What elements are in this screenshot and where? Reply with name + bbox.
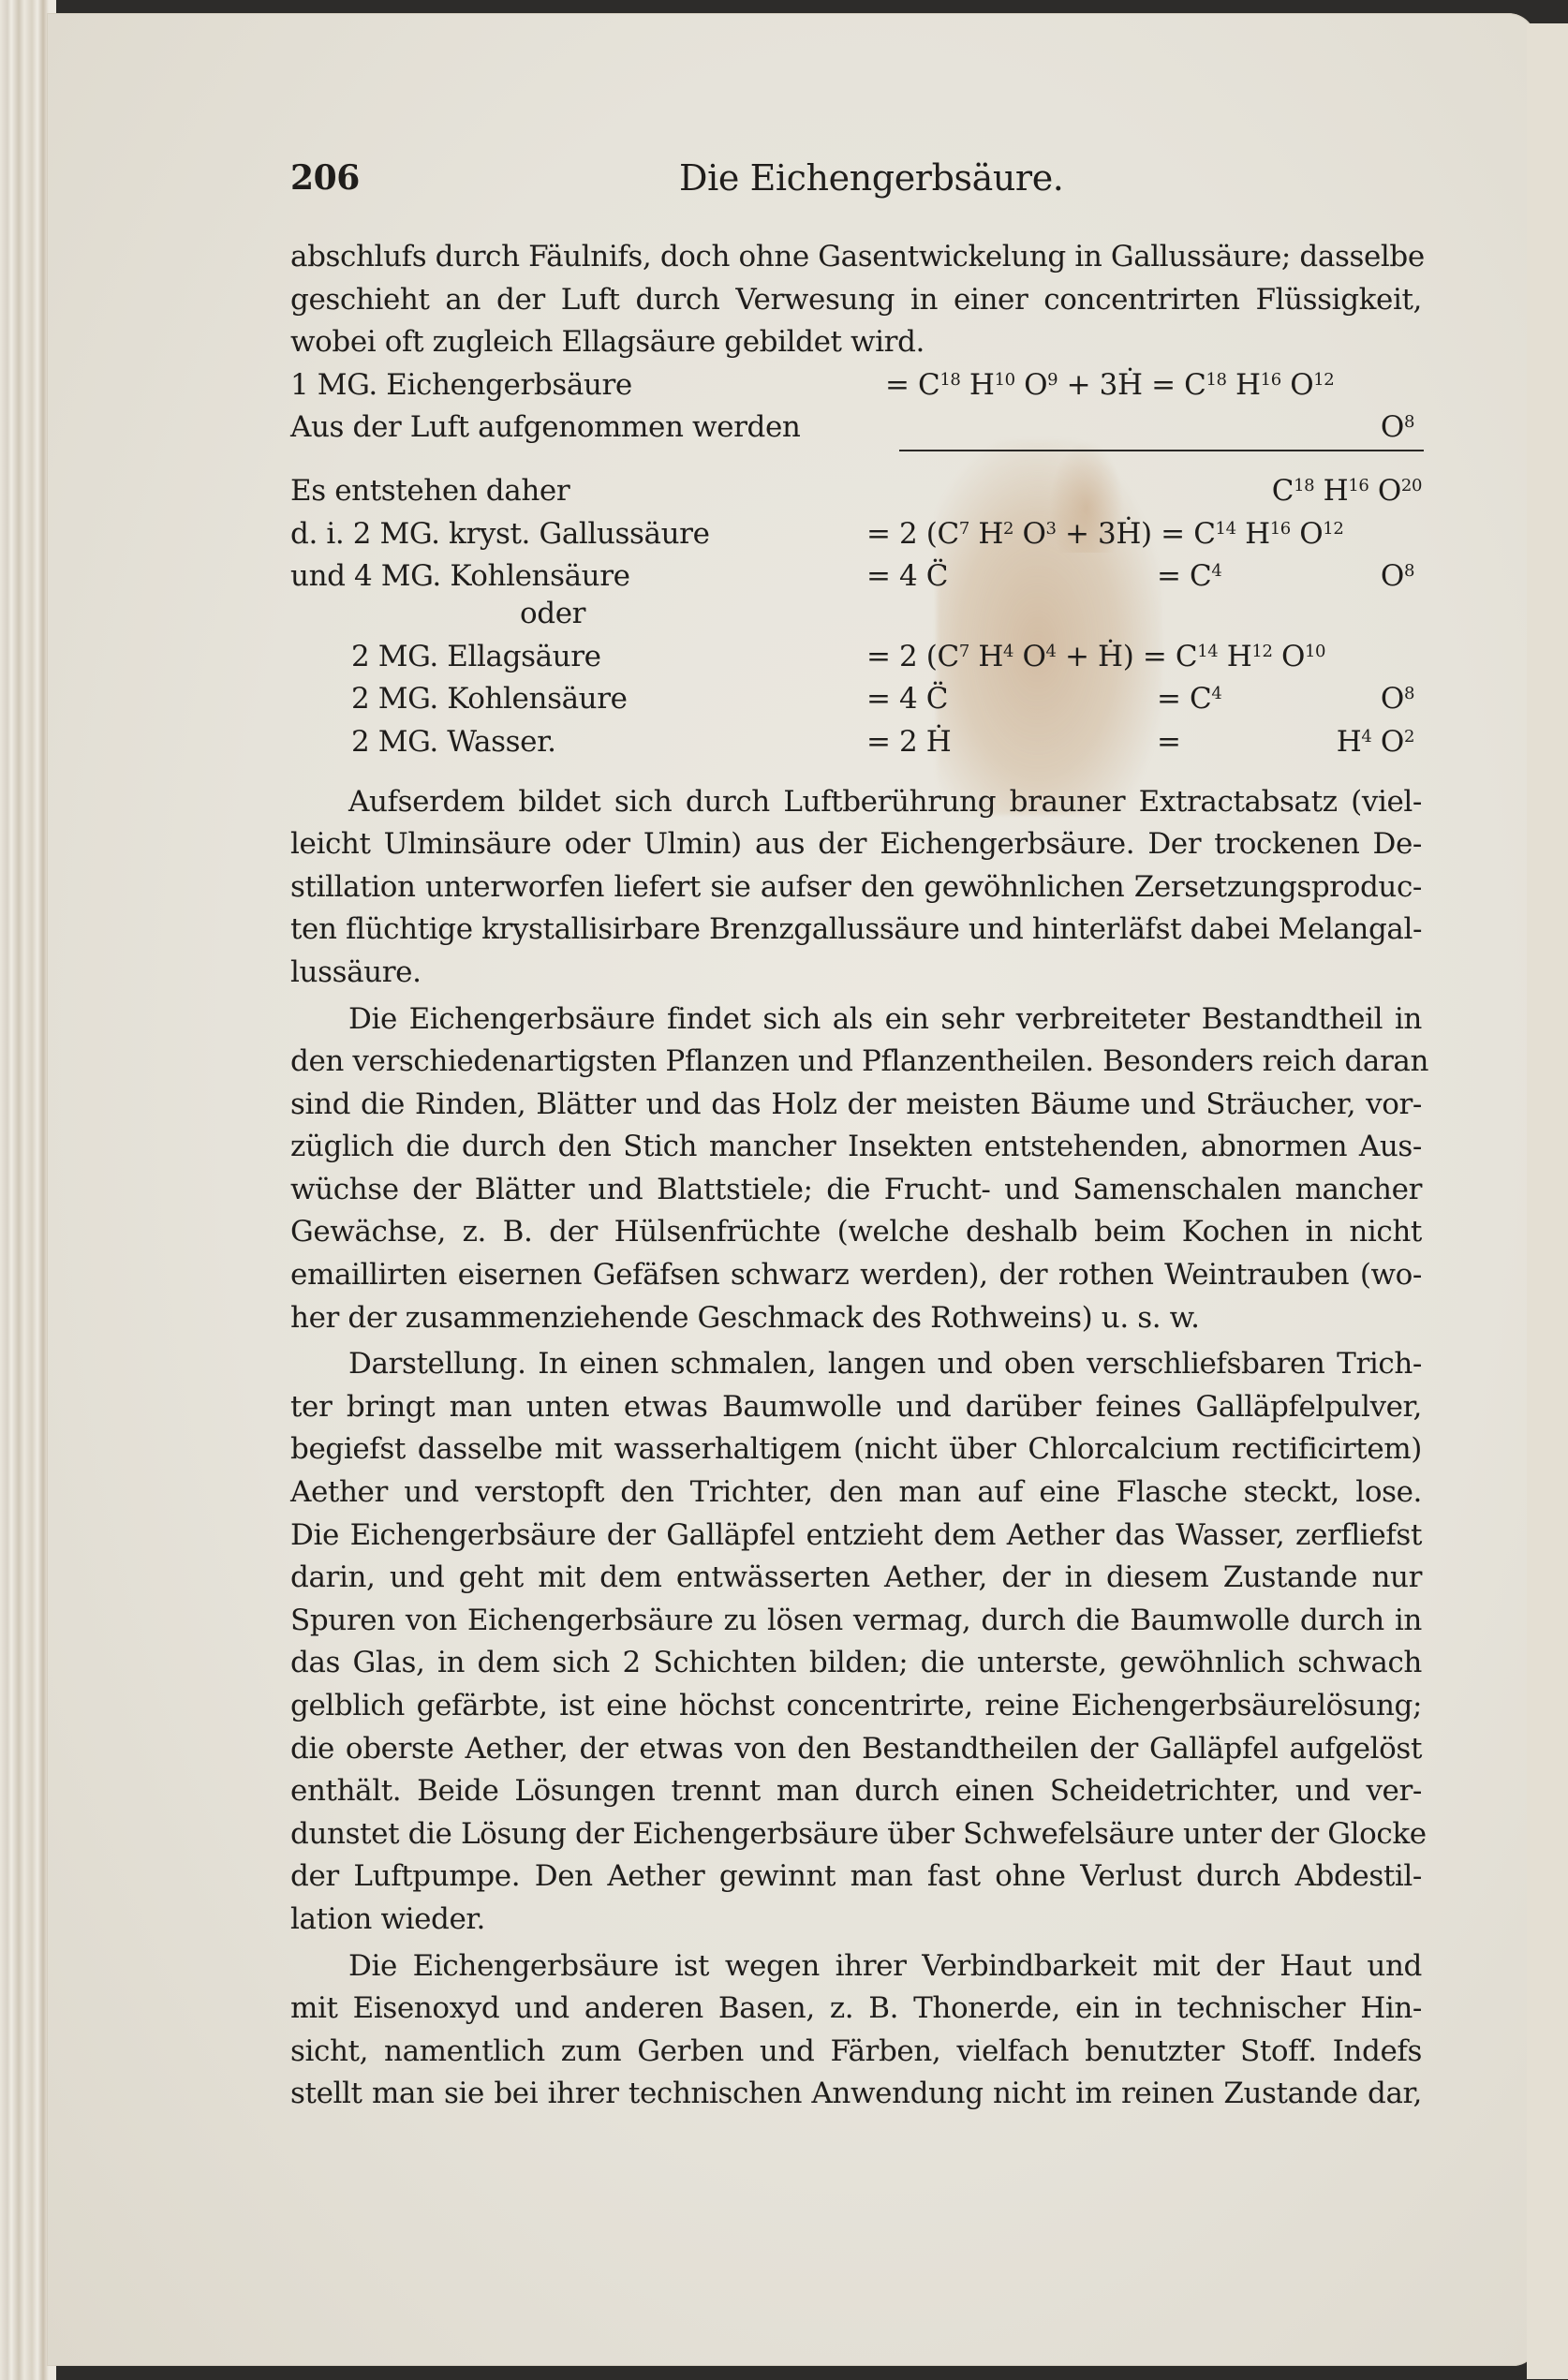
text-line: wobei oft zugleich Ellagsäure gebildet w… [290,321,1422,364]
text-line: Gewächse, z. B. der Hülsenfrüchte (welch… [290,1211,1422,1254]
next-page-edge [1527,23,1568,2379]
formula-equals: = C4 [1157,555,1221,599]
formula-equals: = C4 [1157,678,1221,721]
formula-row: d. i. 2 MG. kryst. Gallussäure = 2 (C7 H… [290,513,1422,556]
text-line: Die Eichengerbsäure findet sich als ein … [290,998,1422,1042]
text-line: ten flüchtige krystallisirbare Brenzgall… [290,909,1422,952]
formula-expression: = 4 C̈ [866,555,948,599]
text-line: Spuren von Eichengerbsäure zu lösen verm… [290,1600,1422,1643]
text-line: stellt man sie bei ihrer technischen Anw… [290,2073,1422,2116]
text-line: Darstellung. In einen schmalen, langen u… [290,1343,1422,1386]
text-line: gelblich gefärbte, ist eine höchst conce… [290,1685,1422,1728]
text-line: Aufserdem bildet sich durch Luftberührun… [290,781,1422,824]
page-number: 206 [290,157,360,200]
text-line: Die Eichengerbsäure der Galläpfel entzie… [290,1515,1422,1558]
formula-expression: = 2 (C7 H2 O3 + 3Ḣ) = C14 H16 O12 [866,513,1343,556]
formula-label: 2 MG. Ellagsäure [351,636,601,679]
text-line: lation wieder. [290,1899,1422,1942]
text-line: begiefst dasselbe mit wasserhaltigem (ni… [290,1428,1422,1471]
formula-label: 2 MG. Kohlensäure [351,678,628,721]
formula-row: 2 MG. Kohlensäure = 4 C̈ = C4 O8 [290,678,1422,721]
formula-expression: = C18 H10 O9 + 3Ḣ = C18 H16 O12 [885,364,1334,407]
text-line: mit Eisenoxyd und anderen Basen, z. B. T… [290,1988,1422,2031]
formula-row: Es entstehen daher C18 H16 O20 [290,470,1422,513]
text-line: lussäure. [290,952,1422,995]
text-line: her der zusammenziehende Geschmack des R… [290,1297,1422,1340]
paragraph-continuation: abschlufs durch Fäulnifs, doch ohne Gase… [290,236,1422,364]
formula-row: 1 MG. Eichengerbsäure = C18 H10 O9 + 3Ḣ … [290,364,1422,407]
text-line: ter bringt man unten etwas Baumwolle und… [290,1386,1422,1429]
paragraph-technisch: Die Eichengerbsäure ist wegen ihrer Verb… [290,1945,1422,2116]
paragraph-darstellung: Darstellung. In einen schmalen, langen u… [290,1343,1422,1941]
formula-result: O8 [1381,407,1414,450]
formula-label: Es entstehen daher [290,470,570,513]
formula-label: 2 MG. Wasser. [351,721,556,764]
text-line: enthält. Beide Lösungen trennt man durch… [290,1770,1422,1813]
text-line: darin, und geht mit dem entwässerten Aet… [290,1557,1422,1600]
paragraph-vorkommen: Die Eichengerbsäure findet sich als ein … [290,998,1422,1340]
text-line: leicht Ulminsäure oder Ulmin) aus der Ei… [290,823,1422,866]
formula-connector: oder [520,593,585,636]
text-line: den verschiedenartigsten Pflanzen und Pf… [290,1041,1422,1084]
running-title: Die Eichengerbsäure. [679,157,1063,200]
running-header: 206 Die Eichengerbsäure. [290,157,1422,204]
text-line: das Glas, in dem sich 2 Schichten bilden… [290,1642,1422,1685]
text-line: die oberste Aether, der etwas von den Be… [290,1728,1422,1771]
text-line: stillation unterworfen liefert sie aufse… [290,866,1422,909]
page-body: abschlufs durch Fäulnifs, doch ohne Gase… [290,236,1422,2116]
text-line: dunstet die Lösung der Eichengerbsäure ü… [290,1813,1422,1856]
formula-expression: = 4 C̈ [866,678,948,721]
text-line: abschlufs durch Fäulnifs, doch ohne Gase… [290,236,1422,279]
paragraph-aufserdem: Aufserdem bildet sich durch Luftberührun… [290,781,1422,995]
formula-row: Aus der Luft aufgenommen werden O8 [290,407,1422,450]
text-line: Aether und verstopft den Trichter, den m… [290,1471,1422,1515]
spacer [290,764,1422,781]
formula-row: oder [290,599,1422,636]
text-line: sicht, namentlich zum Gerben und Färben,… [290,2031,1422,2074]
formula-expression: = 2 (C7 H4 O4 + Ḣ) = C14 H12 O10 [866,636,1325,679]
text-line: züglich die durch den Stich mancher Inse… [290,1126,1422,1169]
formula-result: H4 O2 [1337,721,1414,764]
text-line: wüchse der Blätter und Blattstiele; die … [290,1169,1422,1212]
text-line: Die Eichengerbsäure ist wegen ihrer Verb… [290,1945,1422,1988]
text-line: der Luftpumpe. Den Aether gewinnt man fa… [290,1855,1422,1899]
formula-result: C18 H16 O20 [1272,470,1422,513]
formula-label: d. i. 2 MG. kryst. Gallussäure [290,513,710,556]
text-line: emaillirten eisernen Gefäfsen schwarz we… [290,1254,1422,1297]
formula-block: 1 MG. Eichengerbsäure = C18 H10 O9 + 3Ḣ … [290,364,1422,764]
text-line: sind die Rinden, Blätter und das Holz de… [290,1084,1422,1127]
formula-label: 1 MG. Eichengerbsäure [290,364,632,407]
formula-label: Aus der Luft aufgenommen werden [290,407,800,450]
formula-expression: = 2 Ḣ [866,721,951,764]
formula-rule-row [290,450,1422,470]
formula-equals: = [1157,721,1181,764]
formula-row: und 4 MG. Kohlensäure = 4 C̈ = C4 O8 [290,555,1422,599]
summation-rule [899,450,1424,451]
text-line: geschieht an der Luft durch Verwesung in… [290,279,1422,322]
formula-row: 2 MG. Ellagsäure = 2 (C7 H4 O4 + Ḣ) = C1… [290,636,1422,679]
formula-result: O8 [1381,555,1414,599]
formula-result: O8 [1381,678,1414,721]
formula-row: 2 MG. Wasser. = 2 Ḣ = H4 O2 [290,721,1422,764]
